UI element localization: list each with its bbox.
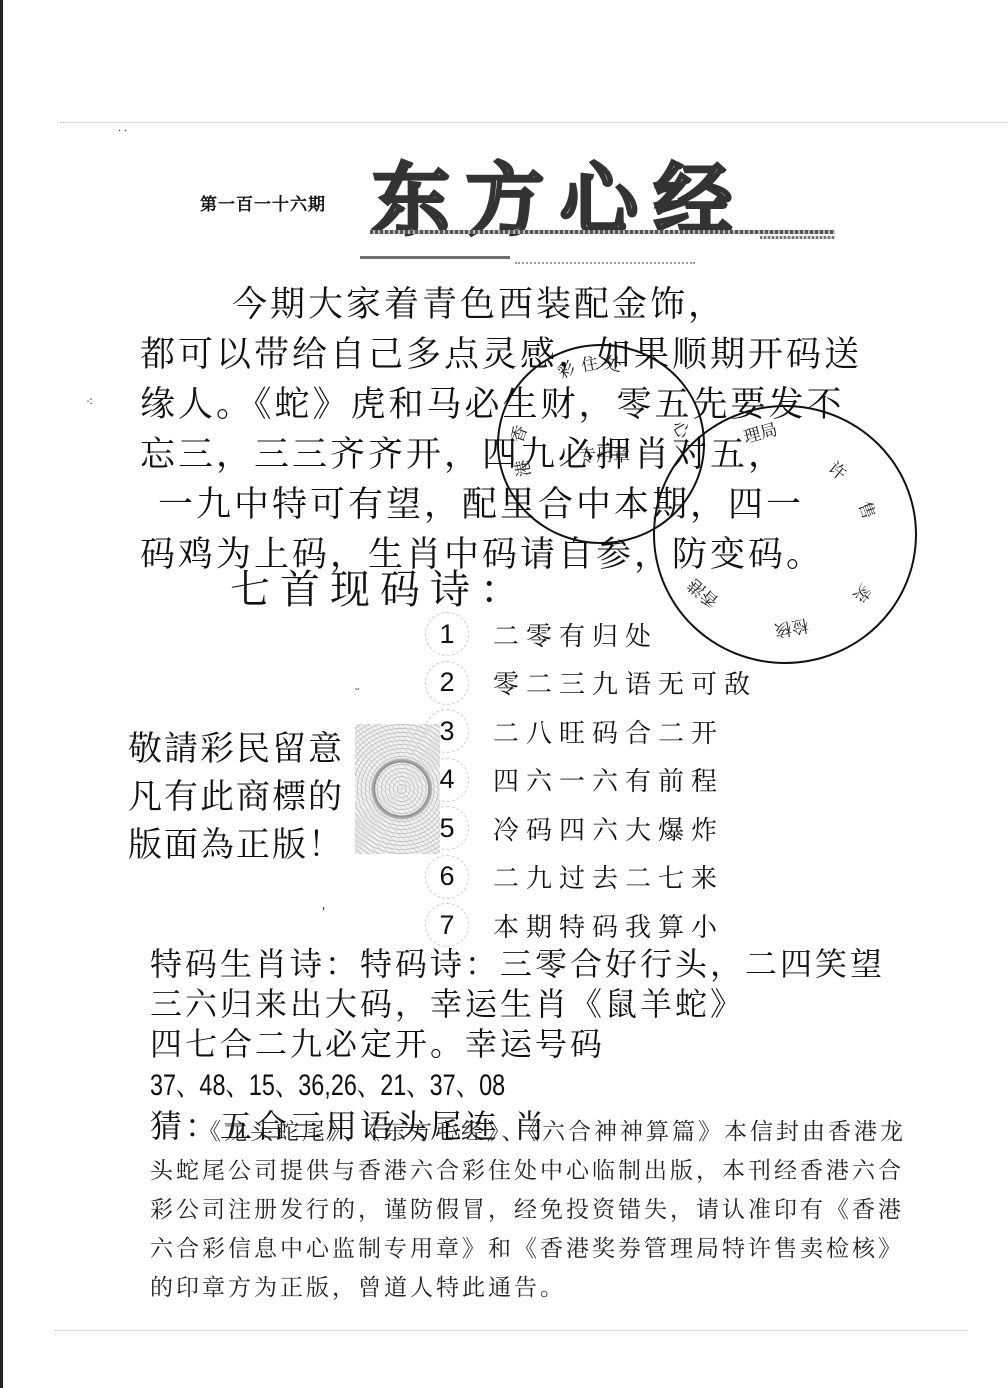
poem-number-badge: 1 [425,612,469,656]
stamp-center-text: 专用章 [579,441,630,466]
stamp-char: 香 [503,421,532,446]
stamp-char: 售 [854,497,883,522]
poem-text: 本期特码我算小 [493,907,724,944]
poem-item: 5 冷码四六大爆炸 [425,804,757,853]
scan-speck: ⁖ [86,395,93,409]
poem-item: 4 四六一六有前程 [425,756,757,805]
scan-speck: ᵕ [355,683,360,697]
faded-text-remnant [360,256,510,269]
masthead-underline-extension [760,236,835,239]
poem-item: 3 二八旺码合二开 [425,707,757,756]
stamp-char: 心 [667,415,697,442]
masthead-underline [370,230,835,234]
footer-line: 彩公司注册发行的，谨防假冒，经免投资错失，请认准印有《香港 [150,1191,990,1230]
trademark-logo-image [355,724,440,854]
stamp-char: 香港 [681,574,723,615]
poem-text: 冷码四六大爆炸 [493,810,724,847]
top-divider [60,122,1008,123]
poem-item: 6 二九过去二七来 [425,853,757,902]
stamp-char: 住 [579,349,600,377]
poem-text: 四六一六有前程 [493,761,724,798]
footer-line: 的印章方为正版，曾道人特此通告。 [150,1269,990,1308]
footer-line: 六合彩信息中心监制专用章》和《香港奖券管理局特许售卖检核》 [150,1230,990,1269]
special-line: 四七合二九必定开。幸运号码37、48、15、36,26、21、37、08 [150,1024,990,1106]
lucky-number-label: 四七合二九必定开。幸运号码 [150,1025,605,1063]
notice-line: 敬請彩民留意 [128,725,344,773]
notice-line: 版面為正版！ [128,821,344,869]
stamp-char: 彩 [552,353,579,383]
bottom-divider [55,1330,968,1331]
poem-item: 1 二零有归处 [425,610,757,659]
poem-number-badge: 2 [425,661,469,705]
poem-text: 二八旺码合二开 [493,713,724,750]
footer-disclaimer: 《龙头蛇尾》、《东方心经》、《六合神神算篇》本信封由香港龙 头蛇尾公司提供与香港… [150,1113,990,1308]
footer-line: 头蛇尾公司提供与香港六合彩住处中心临制出版，本刊经香港六合 [150,1152,990,1191]
poem-text: 二零有归处 [493,616,658,653]
lucky-numbers: 37、48、15、36,26、21、37、08 [150,1066,505,1106]
issue-label: 第一百一十六期 [200,190,326,215]
scan-speck: ' [322,905,325,919]
stamp-char: 卖 [848,580,878,609]
poem-number-badge: 7 [425,903,469,947]
poem-text: 零二三九语无可敌 [493,664,757,701]
page-edge [0,0,3,1388]
poem-list: 1 二零有归处 2 零二三九语无可敌 3 二八旺码合二开 4 四六一六有前程 5… [425,610,757,950]
poems-heading: 七首现码诗： [230,558,530,615]
stamp-char: 理局 [740,415,779,448]
stamp-char: 处 [603,349,624,377]
poem-item: 7 本期特码我算小 [425,901,757,950]
poem-item: 2 零二三九语无可敌 [425,659,757,708]
faded-dots [515,262,695,264]
special-line: 三六归来出大码，幸运生肖《鼠羊蛇》 [150,984,990,1024]
stamp-char: 许 [824,454,853,484]
stamp-char: 检核 [773,614,811,645]
poem-number-badge: 6 [425,855,469,899]
footer-line: 《龙头蛇尾》、《东方心经》、《六合神神算篇》本信封由香港龙 [150,1113,990,1152]
intro-line: 今期大家着青色西装配金饰， [140,280,980,330]
stamp-char: 港 [508,458,536,479]
poem-text: 二九过去二七来 [493,858,724,895]
special-line: 特码生肖诗：特码诗：三零合好行头，二四笑望 [150,944,990,984]
trademark-notice: 敬請彩民留意 凡有此商標的 版面為正版！ [128,725,344,869]
scan-specks: ·· [118,126,130,137]
notice-line: 凡有此商標的 [128,773,344,821]
